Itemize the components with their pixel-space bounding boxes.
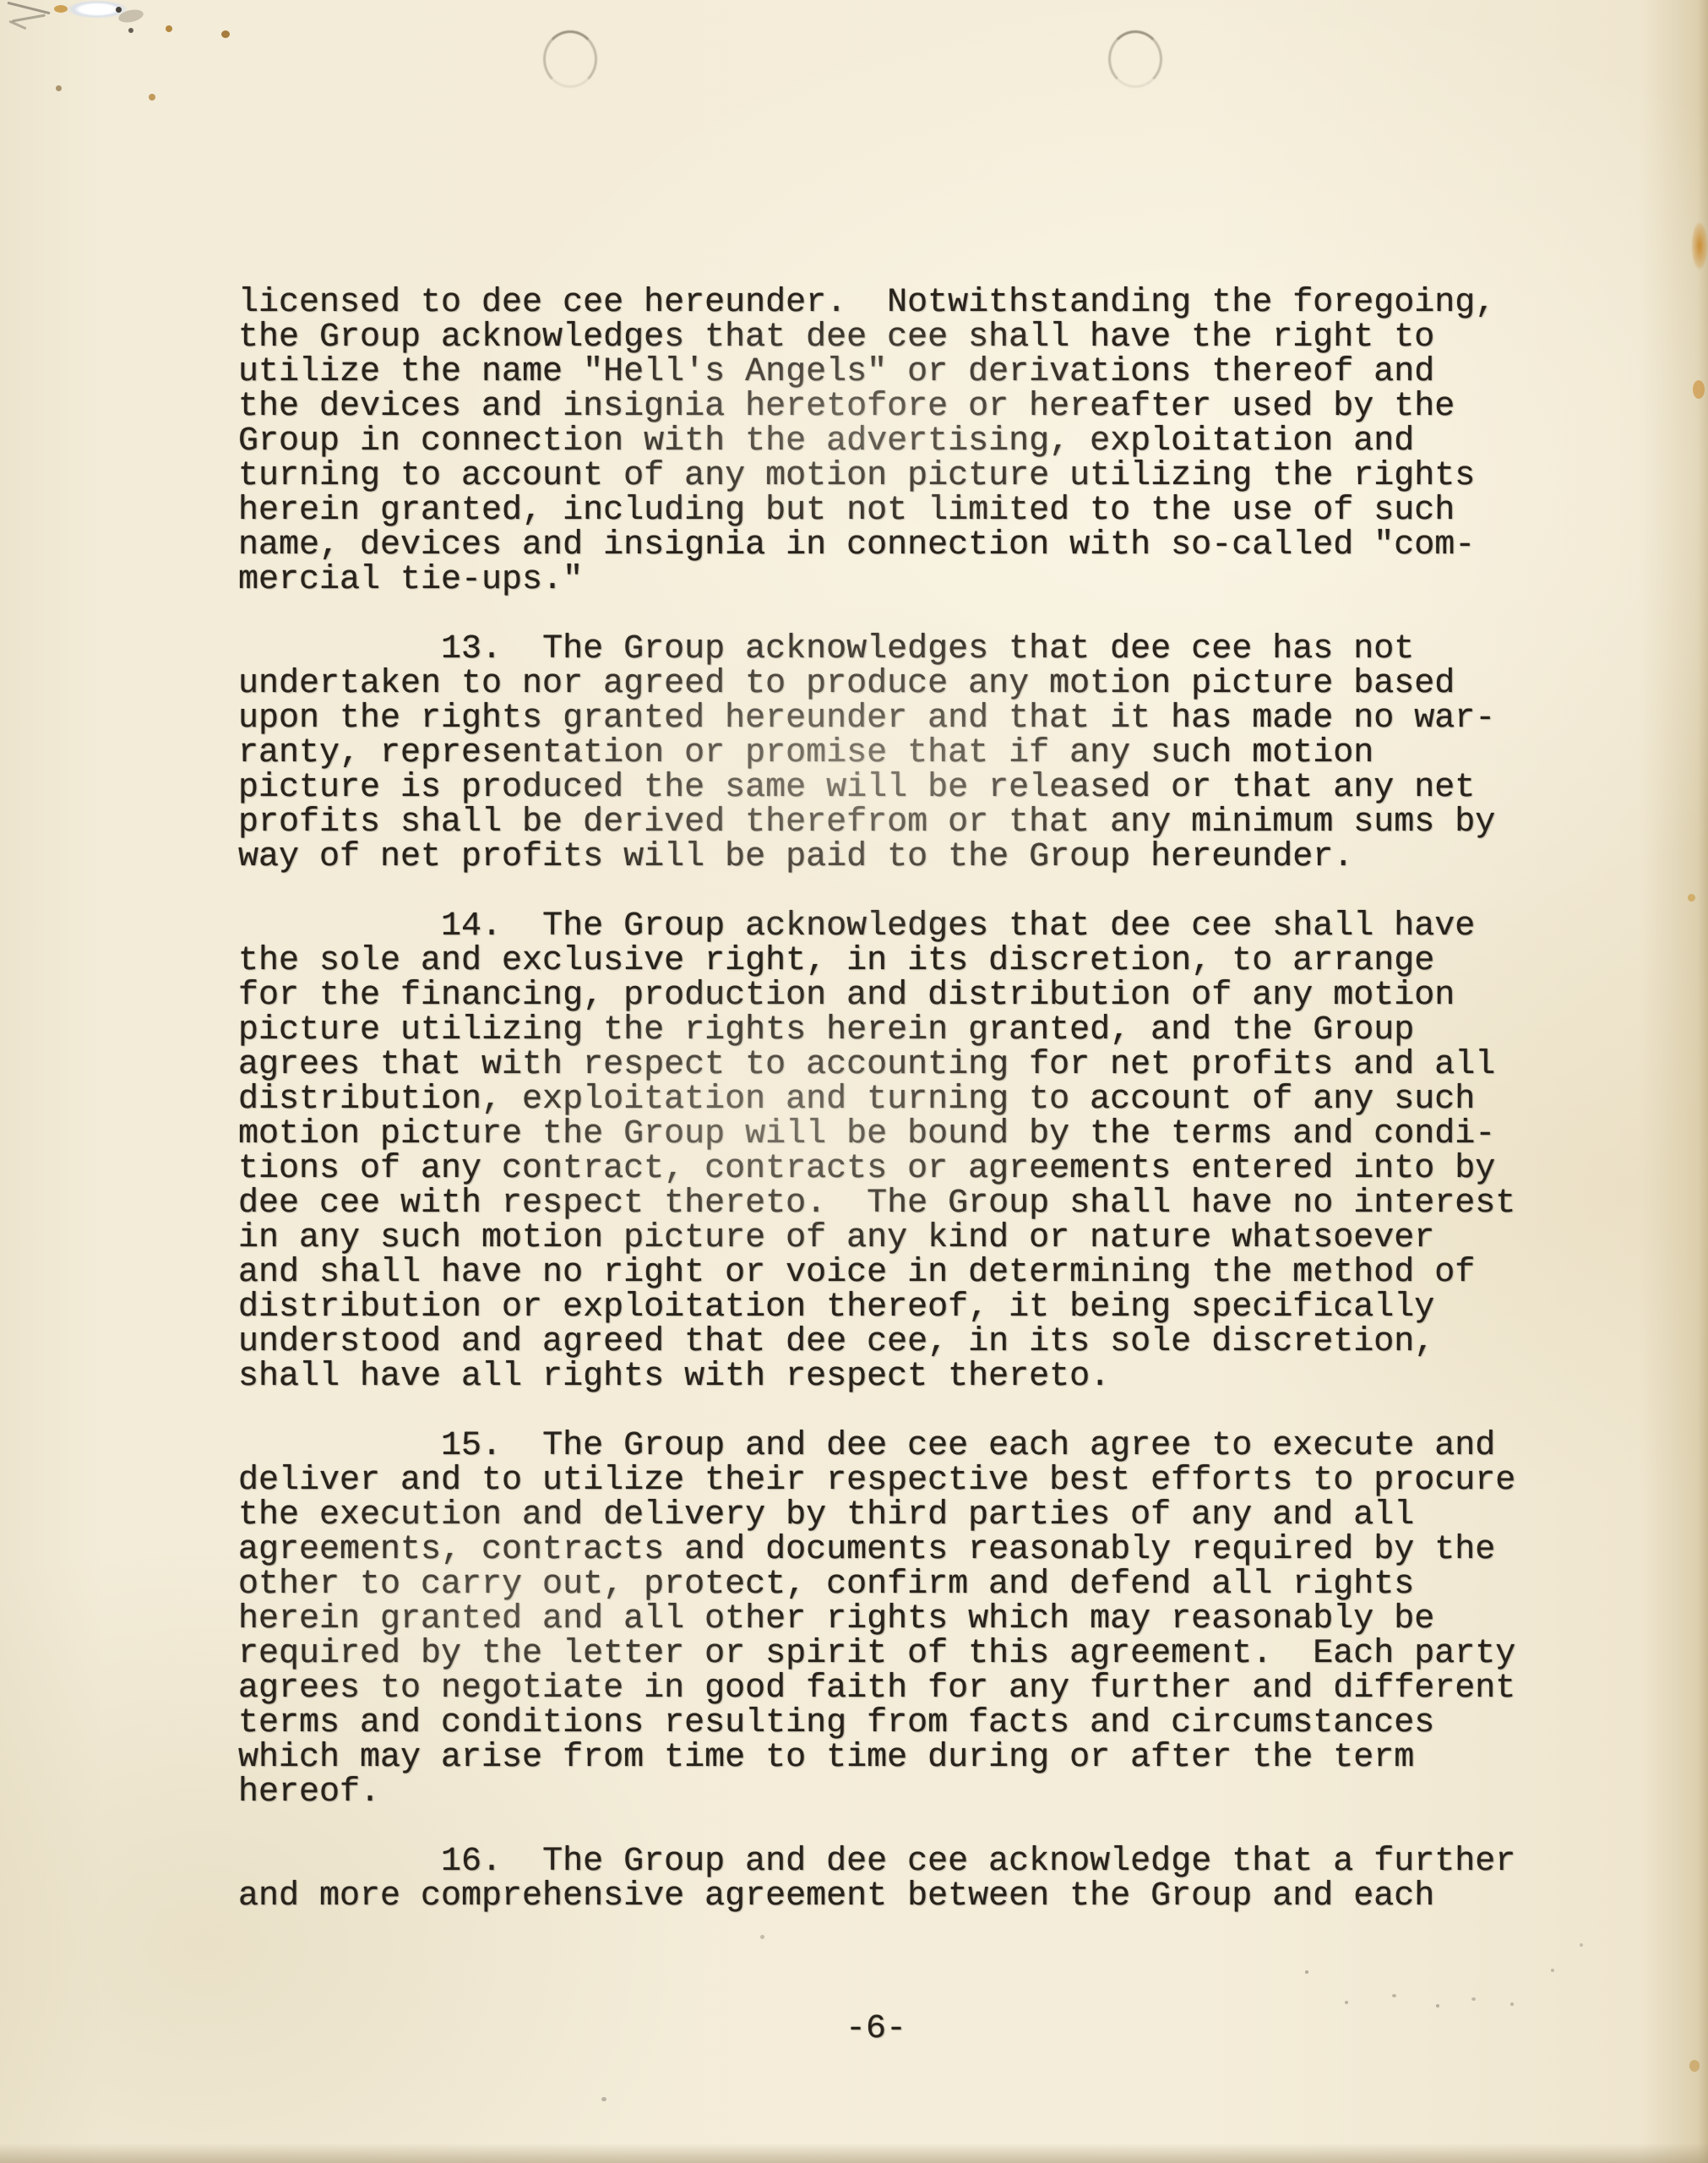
scribble-mark (12, 14, 46, 23)
punch-hole-mark-right (1108, 30, 1162, 88)
paragraph-clause-13: 13. The Group acknowledges that dee cee … (238, 632, 1573, 874)
stain-mark (1693, 380, 1705, 399)
glare-blob-mark (66, 0, 128, 19)
scanned-contract-page: licensed to dee cee hereunder. Notwithst… (0, 0, 1708, 2163)
paragraph-clause-16: 16. The Group and dee cee acknowledge th… (238, 1844, 1573, 1914)
paragraph-continuation: licensed to dee cee hereunder. Notwithst… (238, 286, 1573, 597)
punch-hole-mark-left (543, 30, 597, 88)
scribble-mark (8, 20, 26, 30)
page-number: -6- (808, 2012, 944, 2046)
contract-text-block: licensed to dee cee hereunder. Notwithst… (238, 286, 1573, 1948)
paragraph-clause-15: 15. The Group and dee cee each agree to … (238, 1429, 1573, 1810)
smudge-mark (117, 8, 144, 25)
scribble-mark (7, 2, 50, 14)
paragraph-clause-14: 14. The Group acknowledges that dee cee … (238, 909, 1573, 1394)
stain-mark (1691, 221, 1708, 270)
